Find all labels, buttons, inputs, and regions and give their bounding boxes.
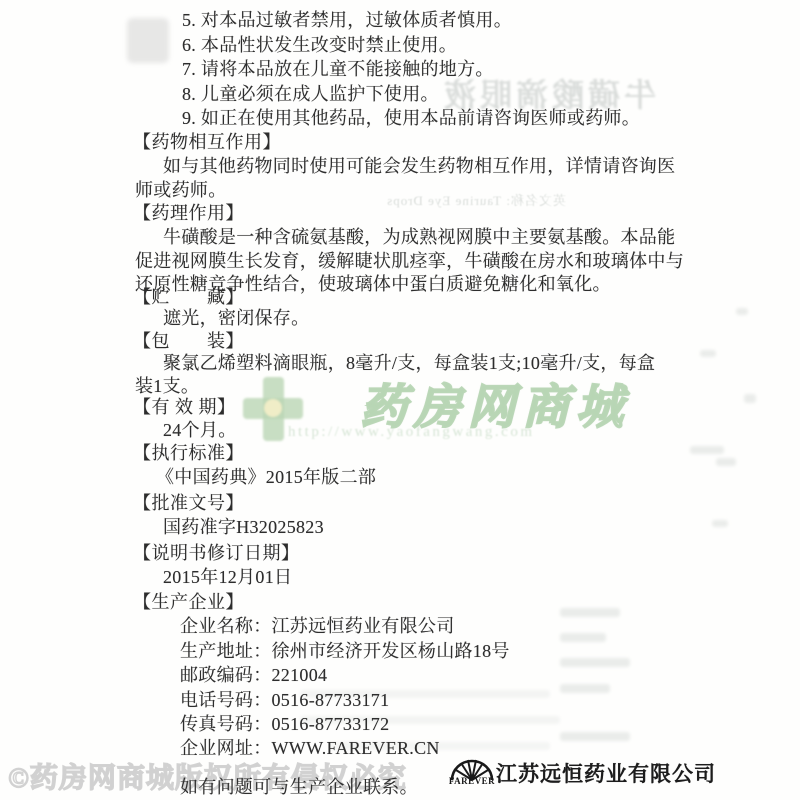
section-body: 国药准字H32025823	[163, 516, 324, 538]
section-body: 装1支。	[135, 375, 199, 397]
section-heading-storage: 【贮 藏】	[133, 286, 244, 308]
scan-speck	[736, 308, 748, 315]
manufacturer-row: 生产地址：徐州市经济开发区杨山路18号	[180, 640, 510, 662]
section-body: 《中国药典》2015年版二部	[156, 466, 376, 488]
scan-speck	[716, 458, 736, 466]
footer-company-name: 江苏远恒药业有限公司	[496, 758, 716, 788]
precaution-item: 5. 对本品过敏者禁用，过敏体质者慎用。	[182, 9, 512, 31]
manufacturer-row: 电话号码：0516-87733171	[180, 689, 389, 711]
scan-speck	[700, 350, 716, 357]
section-body: 促进视网膜生长发育，缓解睫状肌痉挛，牛磺酸在房水和玻璃体中与	[135, 250, 684, 272]
scan-speck	[744, 394, 756, 403]
scan-speck	[712, 520, 728, 527]
manufacturer-row: 邮政编码：221004	[180, 664, 327, 686]
section-heading-interaction: 【药物相互作用】	[133, 131, 281, 153]
section-body: 牛磺酸是一种含硫氨基酸，为成熟视网膜中主要氨基酸。本品能	[163, 226, 675, 248]
manufacturer-row: 企业名称：江苏远恒药业有限公司	[180, 615, 455, 637]
section-heading-standard: 【执行标准】	[133, 442, 244, 464]
scan-speck	[560, 684, 610, 693]
scan-speck	[560, 633, 606, 642]
section-body: 2015年12月01日	[163, 566, 292, 588]
scan-speck	[560, 658, 630, 667]
precaution-item: 9. 如正在使用其他药品，使用本品前请咨询医师或药师。	[182, 107, 640, 129]
section-body: 如与其他药物同时使用可能会发生药物相互作用，详情请咨询医	[163, 155, 675, 177]
manufacturer-row: 传真号码：0516-87733172	[180, 713, 389, 735]
scan-smudge	[127, 18, 169, 63]
section-body: 24个月。	[163, 419, 237, 441]
section-heading-manufacturer: 【生产企业】	[133, 591, 244, 613]
section-heading-validity: 【有 效 期】	[133, 396, 236, 418]
precaution-item: 7. 请将本品放在儿童不能接触的地方。	[182, 58, 494, 80]
section-heading-pharmacology: 【药理作用】	[133, 202, 244, 224]
scan-speck	[690, 446, 724, 454]
manufacturer-row: 企业网址：WWW.FAREVER.CN	[180, 737, 440, 759]
farever-brand-label: FAREVER	[448, 776, 496, 786]
scan-speck	[560, 608, 620, 617]
section-heading-revision: 【说明书修订日期】	[133, 542, 300, 564]
precaution-item: 8. 儿童必须在成人监护下使用。	[182, 83, 439, 105]
leaflet-page: 牛磺酸滴眼液 英文名称: Taurine Eye Drops 药房网商城 htt…	[0, 0, 800, 800]
watermark-site-url: http://www.yaofangwang.com	[288, 424, 535, 441]
section-body: 师或药师。	[135, 179, 227, 201]
bleedthrough-english-name: 英文名称: Taurine Eye Drops	[336, 190, 566, 209]
scan-speck	[560, 732, 630, 741]
manufacturer-contact-note: 如有问题可与生产企业联系。	[180, 776, 418, 798]
section-body: 遮光，密闭保存。	[163, 307, 309, 329]
precaution-item: 6. 本品性状发生改变时禁止使用。	[182, 34, 457, 56]
section-heading-packaging: 【包 装】	[133, 330, 244, 352]
section-body: 聚氯乙烯塑料滴眼瓶，8毫升/支，每盒装1支;10毫升/支，每盒	[163, 352, 655, 374]
section-heading-approval: 【批准文号】	[133, 492, 244, 514]
